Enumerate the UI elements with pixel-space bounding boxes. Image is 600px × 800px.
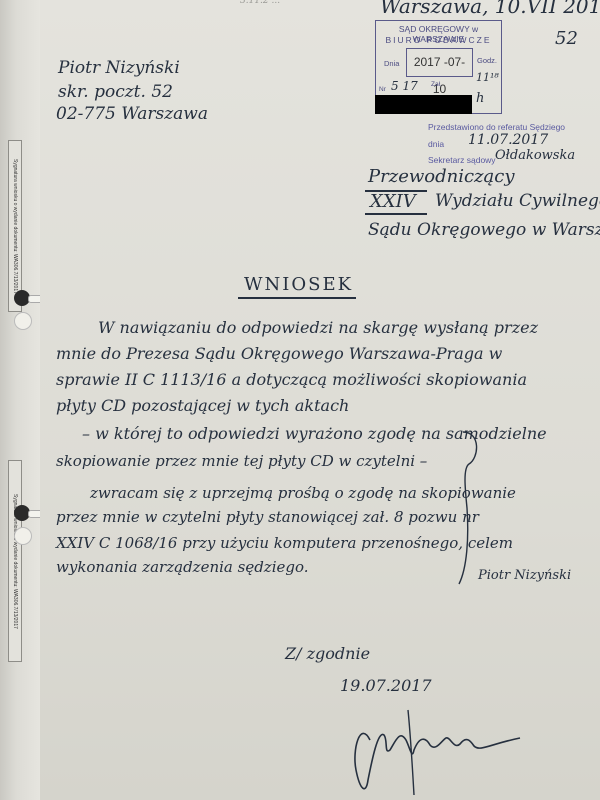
judge-date: 19.07.2017: [340, 676, 432, 695]
stamp-office: BIURO PODAWCZE: [376, 35, 501, 45]
body-line: wykonania zarządzenia sędziego.: [56, 558, 309, 576]
redaction-bar: [375, 95, 472, 114]
body-line: W nawiązaniu do odpowiedzi na skargę wys…: [98, 318, 538, 337]
punch-hole-icon: [14, 312, 32, 330]
referral-date-value: 11.07.2017: [468, 132, 548, 148]
body-line: przez mnie w czytelni płyty stanowiącej …: [56, 508, 479, 526]
curly-brace-icon: [455, 428, 485, 588]
stamp-hour-label: Godz.: [477, 56, 497, 65]
roman-overline: [365, 190, 427, 192]
judge-signature-icon: [350, 700, 530, 800]
binder-edge: Sygnatura wniosku o wydanie dokumentu: W…: [0, 0, 41, 800]
body-line: skopiowanie przez mnie tej płyty CD w cz…: [56, 452, 427, 470]
binder-label-text-lower: Sygnatura wniosku o wydanie dokumentu: W…: [9, 461, 21, 661]
document-title: WNIOSEK: [244, 274, 353, 295]
title-underline: [238, 297, 356, 299]
judge-approval: Z/ zgodnie: [285, 644, 370, 663]
stamp-nr-value: 5 17: [391, 79, 418, 93]
place-date: Warszawa, 10.VII 2017 r.: [380, 0, 600, 18]
addressee-line3: Sądu Okręgowego w Warszawie: [368, 220, 600, 240]
binder-label-text: Sygnatura wniosku o wydanie dokumentu: W…: [9, 141, 21, 311]
binder-label-strip-lower: Sygnatura wniosku o wydanie dokumentu: W…: [8, 460, 22, 662]
roman-underline: [365, 213, 427, 215]
sender-po-box: skr. poczt. 52: [58, 82, 173, 102]
stamp-nr-label: Nr: [379, 86, 386, 93]
sender-city: 02-775 Warszawa: [56, 104, 208, 124]
referral-date-label: dnia: [428, 139, 444, 149]
referral-secretary-label: Sekretarz sądowy: [428, 155, 496, 165]
page-number: 52: [555, 28, 578, 49]
body-line: płyty CD pozostającej w tych aktach: [56, 396, 349, 415]
addressee-line2: Wydziału Cywilnego: [435, 191, 600, 211]
faint-top-note: 3.11.2 ...: [240, 0, 280, 6]
addressee-line1: Przewodniczący: [368, 166, 515, 187]
stamp-narel-value: h: [476, 91, 484, 106]
binder-label-strip: Sygnatura wniosku o wydanie dokumentu: W…: [8, 140, 22, 312]
applicant-signature: Piotr Nizyński: [478, 568, 571, 583]
sender-name: Piotr Nizyński: [58, 58, 180, 78]
stamp-zal-label: Zał.: [431, 81, 442, 88]
stamp-day-label: Dnia: [384, 59, 399, 68]
stamp-date: 2017 -07- 10: [406, 48, 473, 77]
body-line: mnie do Prezesa Sądu Okręgowego Warszawa…: [56, 344, 502, 363]
body-line: zwracam się z uprzejmą prośbą o zgodę na…: [90, 484, 516, 502]
referral-line1: Przedstawiono do referatu Sędziego: [428, 122, 565, 132]
referral-secretary-value: Ołdakowska: [495, 148, 575, 163]
body-line: XXIV C 1068/16 przy użyciu komputera prz…: [56, 534, 513, 552]
addressee-roman: XXIV: [370, 191, 416, 212]
body-line: sprawie II C 1113/16 a dotyczącą możliwo…: [56, 370, 527, 389]
stamp-hour: 11¹⁸: [476, 71, 499, 84]
punch-hole-icon: [14, 527, 32, 545]
